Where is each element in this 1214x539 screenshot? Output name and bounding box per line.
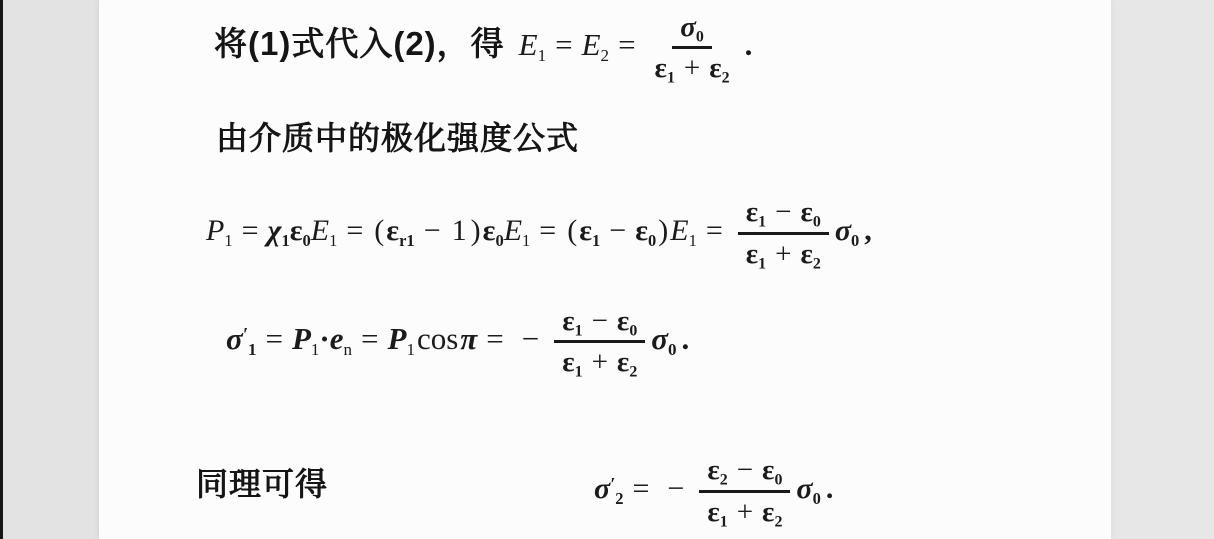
close-paren: ) (658, 214, 668, 247)
eps2: ε2 (617, 346, 637, 378)
one: 1 (452, 214, 467, 247)
eps2: ε2 (707, 454, 727, 486)
minus: − (737, 454, 753, 486)
eps1: ε1 (579, 214, 600, 247)
line3-equation: P1=χ1ε0E1=(εr1−1)ε0E1=(ε1−ε0)E1=ε1−ε0ε1+… (206, 214, 872, 247)
eps0: ε0 (617, 305, 637, 337)
period: . (682, 321, 690, 356)
eps0: ε0 (635, 214, 656, 247)
fraction: σ0ε1+ε2 (651, 9, 734, 87)
minus: − (609, 214, 626, 247)
formula-line-2: P1=χ1ε0E1=(εr1−1)ε0E1=(ε1−ε0)E1=ε1−ε0ε1+… (206, 186, 872, 276)
equals: = (361, 321, 378, 356)
eps0: ε0 (800, 196, 820, 228)
eps1: ε1 (707, 496, 727, 528)
equals: = (706, 214, 723, 247)
E1: E1 (311, 214, 338, 247)
fraction-denominator: ε1+ε2 (558, 343, 641, 380)
eps1: ε1 (562, 346, 582, 378)
E1: E1 (670, 214, 697, 247)
fraction-numerator: ε2−ε0 (699, 452, 790, 492)
eps0: ε0 (762, 454, 782, 486)
period: . (745, 27, 753, 62)
fraction: ε1−ε0ε1+ε2 (554, 303, 645, 381)
equals: = (539, 214, 556, 247)
period: . (826, 472, 834, 505)
plus: + (684, 52, 700, 84)
en-normal-vector: en (330, 321, 352, 356)
E2: E2 (582, 27, 609, 62)
pi: π (460, 321, 477, 356)
line5-equation: σ′2=−ε2−ε0ε1+ε2σ0. (594, 472, 833, 505)
line4-equation: σ′1=P1·en=P1cosπ=−ε1−ε0ε1+ε2σ0. (226, 321, 689, 356)
P1-vector: P1 (292, 321, 319, 356)
eps2: ε2 (762, 496, 782, 528)
equals: = (632, 472, 649, 505)
eps-r1: εr1 (386, 214, 414, 247)
fraction-numerator: ε1−ε0 (738, 194, 829, 234)
formula-line-3: σ′1=P1·en=P1cosπ=−ε1−ε0ε1+ε2σ0. (226, 294, 689, 384)
minus: − (667, 472, 684, 505)
minus: − (592, 305, 608, 337)
E1: E1 (519, 27, 546, 62)
eps1: ε1 (655, 52, 675, 84)
fraction: ε2−ε0ε1+ε2 (699, 452, 790, 530)
line1-chinese-text: 将(1)式代入(2)，得 (214, 25, 505, 62)
fraction-denominator: ε1+ε2 (703, 493, 786, 530)
comma: , (864, 214, 872, 247)
sigma0: σ0 (835, 214, 859, 247)
dot-product: · (319, 321, 329, 356)
fraction-denominator: ε1+ε2 (651, 49, 734, 86)
P1: P1 (206, 214, 233, 247)
plus: + (775, 238, 791, 270)
E1: E1 (504, 214, 531, 247)
minus: − (775, 196, 791, 228)
fraction-numerator: σ0 (672, 9, 712, 49)
scanned-page-photo: 将(1)式代入(2)，得E1=E2=σ0ε1+ε2. 由介质中的极化强度公式 P… (0, 0, 1214, 539)
eps0: ε0 (483, 214, 504, 247)
cosine: cos (417, 321, 458, 356)
text-line-polarization-formula: 由介质中的极化强度公式 (216, 118, 579, 158)
equals: = (346, 214, 363, 247)
equals: = (486, 321, 503, 356)
eps0: ε0 (290, 214, 311, 247)
equals: = (618, 27, 635, 62)
equals: = (555, 27, 572, 62)
equals: = (242, 214, 259, 247)
line1-equation: E1=E2=σ0ε1+ε2. (519, 27, 753, 62)
plus: + (737, 496, 753, 528)
fraction-denominator: ε1+ε2 (742, 235, 825, 272)
open-paren: ( (374, 214, 384, 247)
eps1: ε1 (746, 196, 766, 228)
eps1: ε1 (562, 305, 582, 337)
sigma-prime-2: σ′2 (594, 472, 623, 505)
sigma0: σ0 (651, 321, 676, 356)
sigma-prime-1: σ′1 (226, 321, 256, 356)
eps2: ε2 (800, 238, 820, 270)
book-page: 将(1)式代入(2)，得E1=E2=σ0ε1+ε2. 由介质中的极化强度公式 P… (98, 0, 1111, 539)
minus: − (522, 321, 539, 356)
chi1: χ1 (268, 214, 290, 247)
equals: = (265, 321, 282, 356)
photo-left-edge (0, 0, 3, 539)
P1-vector: P1 (388, 321, 415, 356)
page-right-margin (1110, 0, 1214, 539)
sigma0: σ0 (796, 472, 820, 505)
formula-line-4: σ′2=−ε2−ε0ε1+ε2σ0. (594, 444, 833, 534)
text-line-similarly: 同理可得 (196, 464, 328, 504)
fraction-numerator: ε1−ε0 (554, 303, 645, 343)
close-paren: ) (471, 214, 481, 247)
eps2: ε2 (709, 52, 729, 84)
formula-line-1: 将(1)式代入(2)，得E1=E2=σ0ε1+ε2. (214, 2, 752, 86)
plus: + (592, 346, 608, 378)
open-paren: ( (567, 214, 577, 247)
sigma0: σ0 (680, 11, 704, 43)
fraction: ε1−ε0ε1+ε2 (738, 194, 829, 272)
minus: − (424, 214, 441, 247)
eps1: ε1 (746, 238, 766, 270)
